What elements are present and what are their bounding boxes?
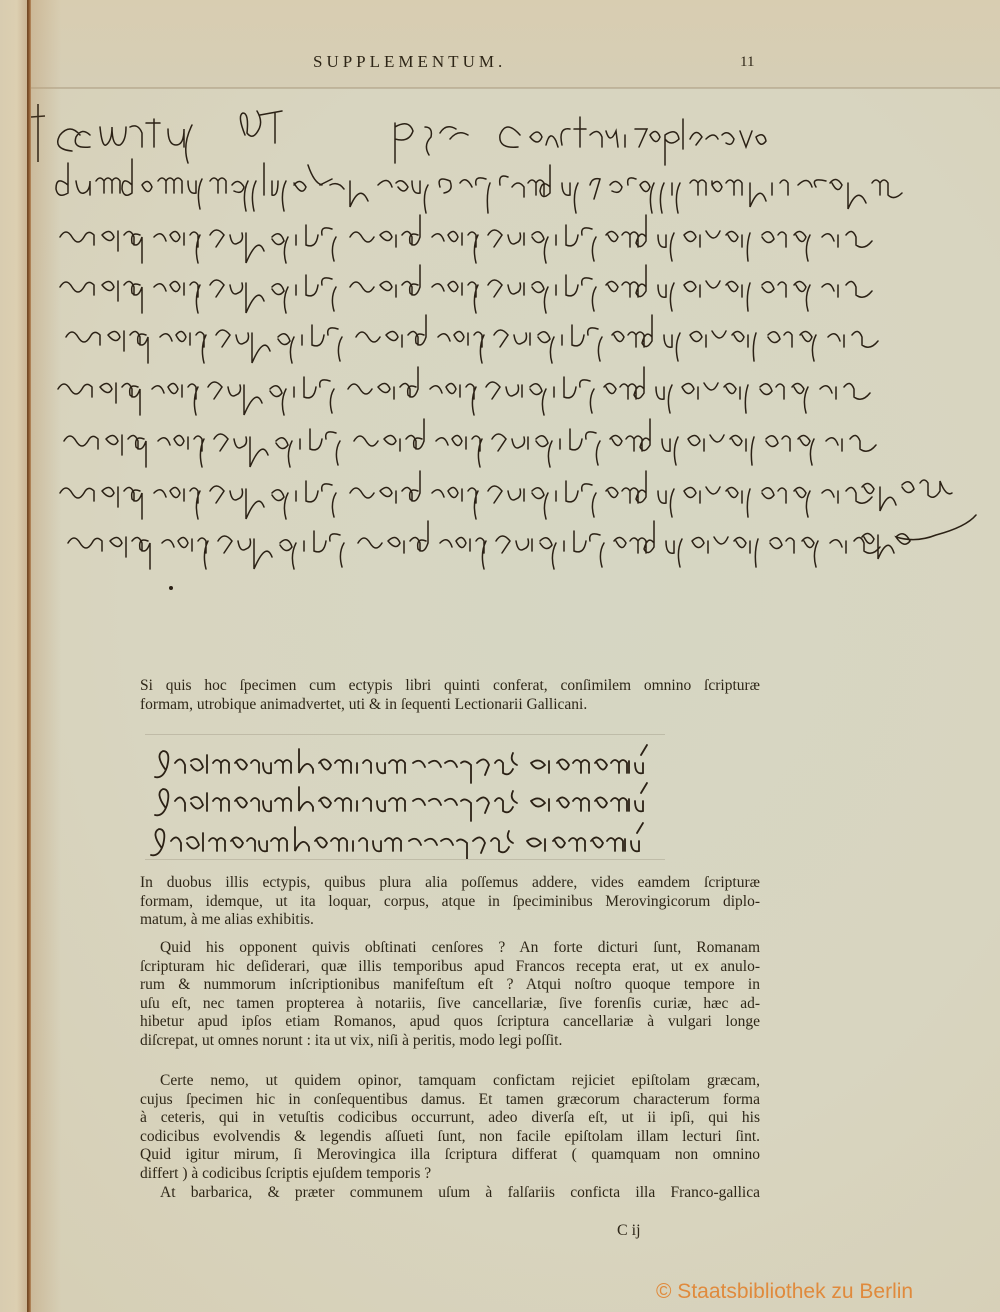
text-line: Quid his opponent quivis obſtinati cenſo… xyxy=(140,939,760,958)
manuscript-facsimile-lectionary xyxy=(145,734,665,860)
text-line: hibetur apud ipſos etiam Romanos, apud q… xyxy=(140,1013,760,1032)
text-line: codicibus evolvendis & legendis aſſueti … xyxy=(140,1128,760,1147)
copyright-watermark: © Staatsbibliothek zu Berlin xyxy=(656,1280,913,1304)
caption-paragraph: Si quis hoc ſpecimen cum ectypis libri q… xyxy=(140,677,760,714)
body-paragraph-4: At barbarica, & præter communem uſum à f… xyxy=(140,1184,760,1203)
book-page: SUPPLEMENTUM. 11 xyxy=(0,0,1000,1312)
text-line: à ceteris, qui in vetuſtis codicibus occ… xyxy=(140,1109,760,1128)
facing-page-edge xyxy=(0,0,28,1312)
text-line: uſu eſt, nec tamen propterea à notariis,… xyxy=(140,995,760,1014)
text-line: rum & nummorum inſcriptionibus manifeſtu… xyxy=(140,976,760,995)
text-line: differt ) à codicibus ſcriptis ejuſdem t… xyxy=(140,1165,760,1184)
signature-mark: C ij xyxy=(617,1222,641,1240)
text-line: ſcripturam hic deſiderari, quæ illis tem… xyxy=(140,958,760,977)
ink-speck xyxy=(169,586,173,590)
text-line: Certe nemo, ut quidem opinor, tamquam co… xyxy=(140,1072,760,1091)
caption-line: formam, utrobique animadvertet, uti & in… xyxy=(140,696,760,715)
page-number: 11 xyxy=(740,54,754,71)
text-line: cujus ſpecimen hic in conſequentibus dam… xyxy=(140,1091,760,1110)
manuscript-facsimile-cursive xyxy=(50,105,980,575)
text-line: In duobus illis ectypis, quibus plura al… xyxy=(140,874,760,893)
body-paragraph-3: Certe nemo, ut quidem opinor, tamquam co… xyxy=(140,1072,760,1183)
text-line: formam, idemque, ut ita loquar, corpus, … xyxy=(140,893,760,912)
plate-fold-line xyxy=(31,87,1000,89)
cross-icon xyxy=(30,102,46,164)
running-head: SUPPLEMENTUM. xyxy=(313,52,506,72)
text-line: Quid igitur mirum, ſi Merovingica illa ſ… xyxy=(140,1146,760,1165)
caption-line: Si quis hoc ſpecimen cum ectypis libri q… xyxy=(140,677,760,696)
text-line: matum, à me alias exhibitis. xyxy=(140,911,760,930)
body-paragraph-1: In duobus illis ectypis, quibus plura al… xyxy=(140,874,760,930)
plate-top-margin xyxy=(31,0,1000,88)
text-line: At barbarica, & præter communem uſum à f… xyxy=(140,1184,760,1203)
text-line: diſcrepat, ut omnes norunt : ita ut vix,… xyxy=(140,1032,760,1051)
body-paragraph-2: Quid his opponent quivis obſtinati cenſo… xyxy=(140,939,760,1050)
